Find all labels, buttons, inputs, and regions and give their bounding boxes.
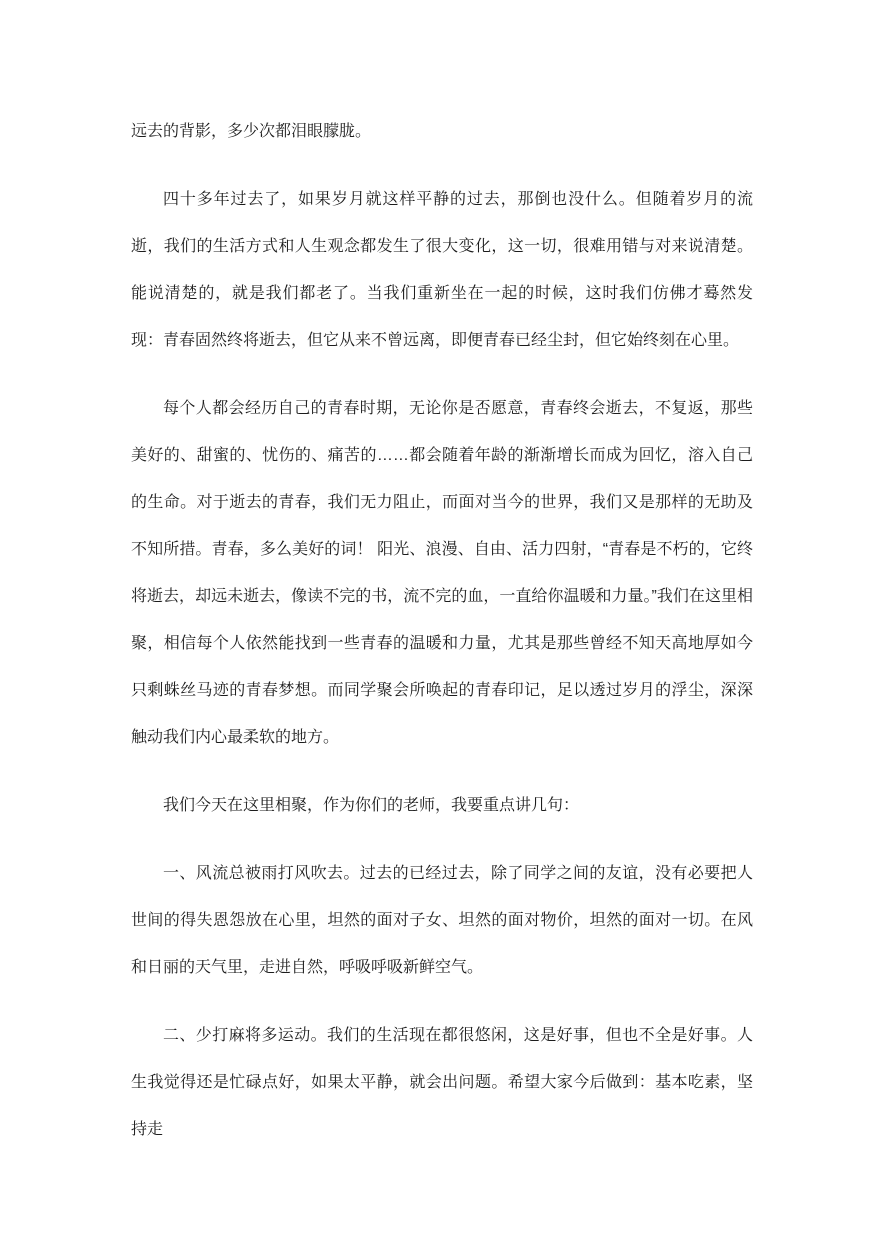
paragraph-point-one: 一、风流总被雨打风吹去。过去的已经过去，除了同学之间的友谊，没有必要把人世间的得… <box>131 850 753 991</box>
paragraph-point-two: 二、少打麻将多运动。我们的生活现在都很悠闲，这是好事，但也不全是好事。人生我觉得… <box>131 1012 753 1153</box>
paragraph-years-passed: 四十多年过去了，如果岁月就这样平静的过去，那倒也没什么。但随着岁月的流逝，我们的… <box>131 176 753 364</box>
paragraph-continuation: 远去的背影，多少次都泪眼朦胧。 <box>131 108 753 155</box>
paragraph-youth-memories: 每个人都会经历自己的青春时期，无论你是否愿意，青春终会逝去，不复返，那些美好的、… <box>131 385 753 761</box>
document-page: 远去的背影，多少次都泪眼朦胧。 四十多年过去了，如果岁月就这样平静的过去，那倒也… <box>0 0 884 1250</box>
paragraph-teacher-intro: 我们今天在这里相聚，作为你们的老师，我要重点讲几句： <box>131 782 753 829</box>
